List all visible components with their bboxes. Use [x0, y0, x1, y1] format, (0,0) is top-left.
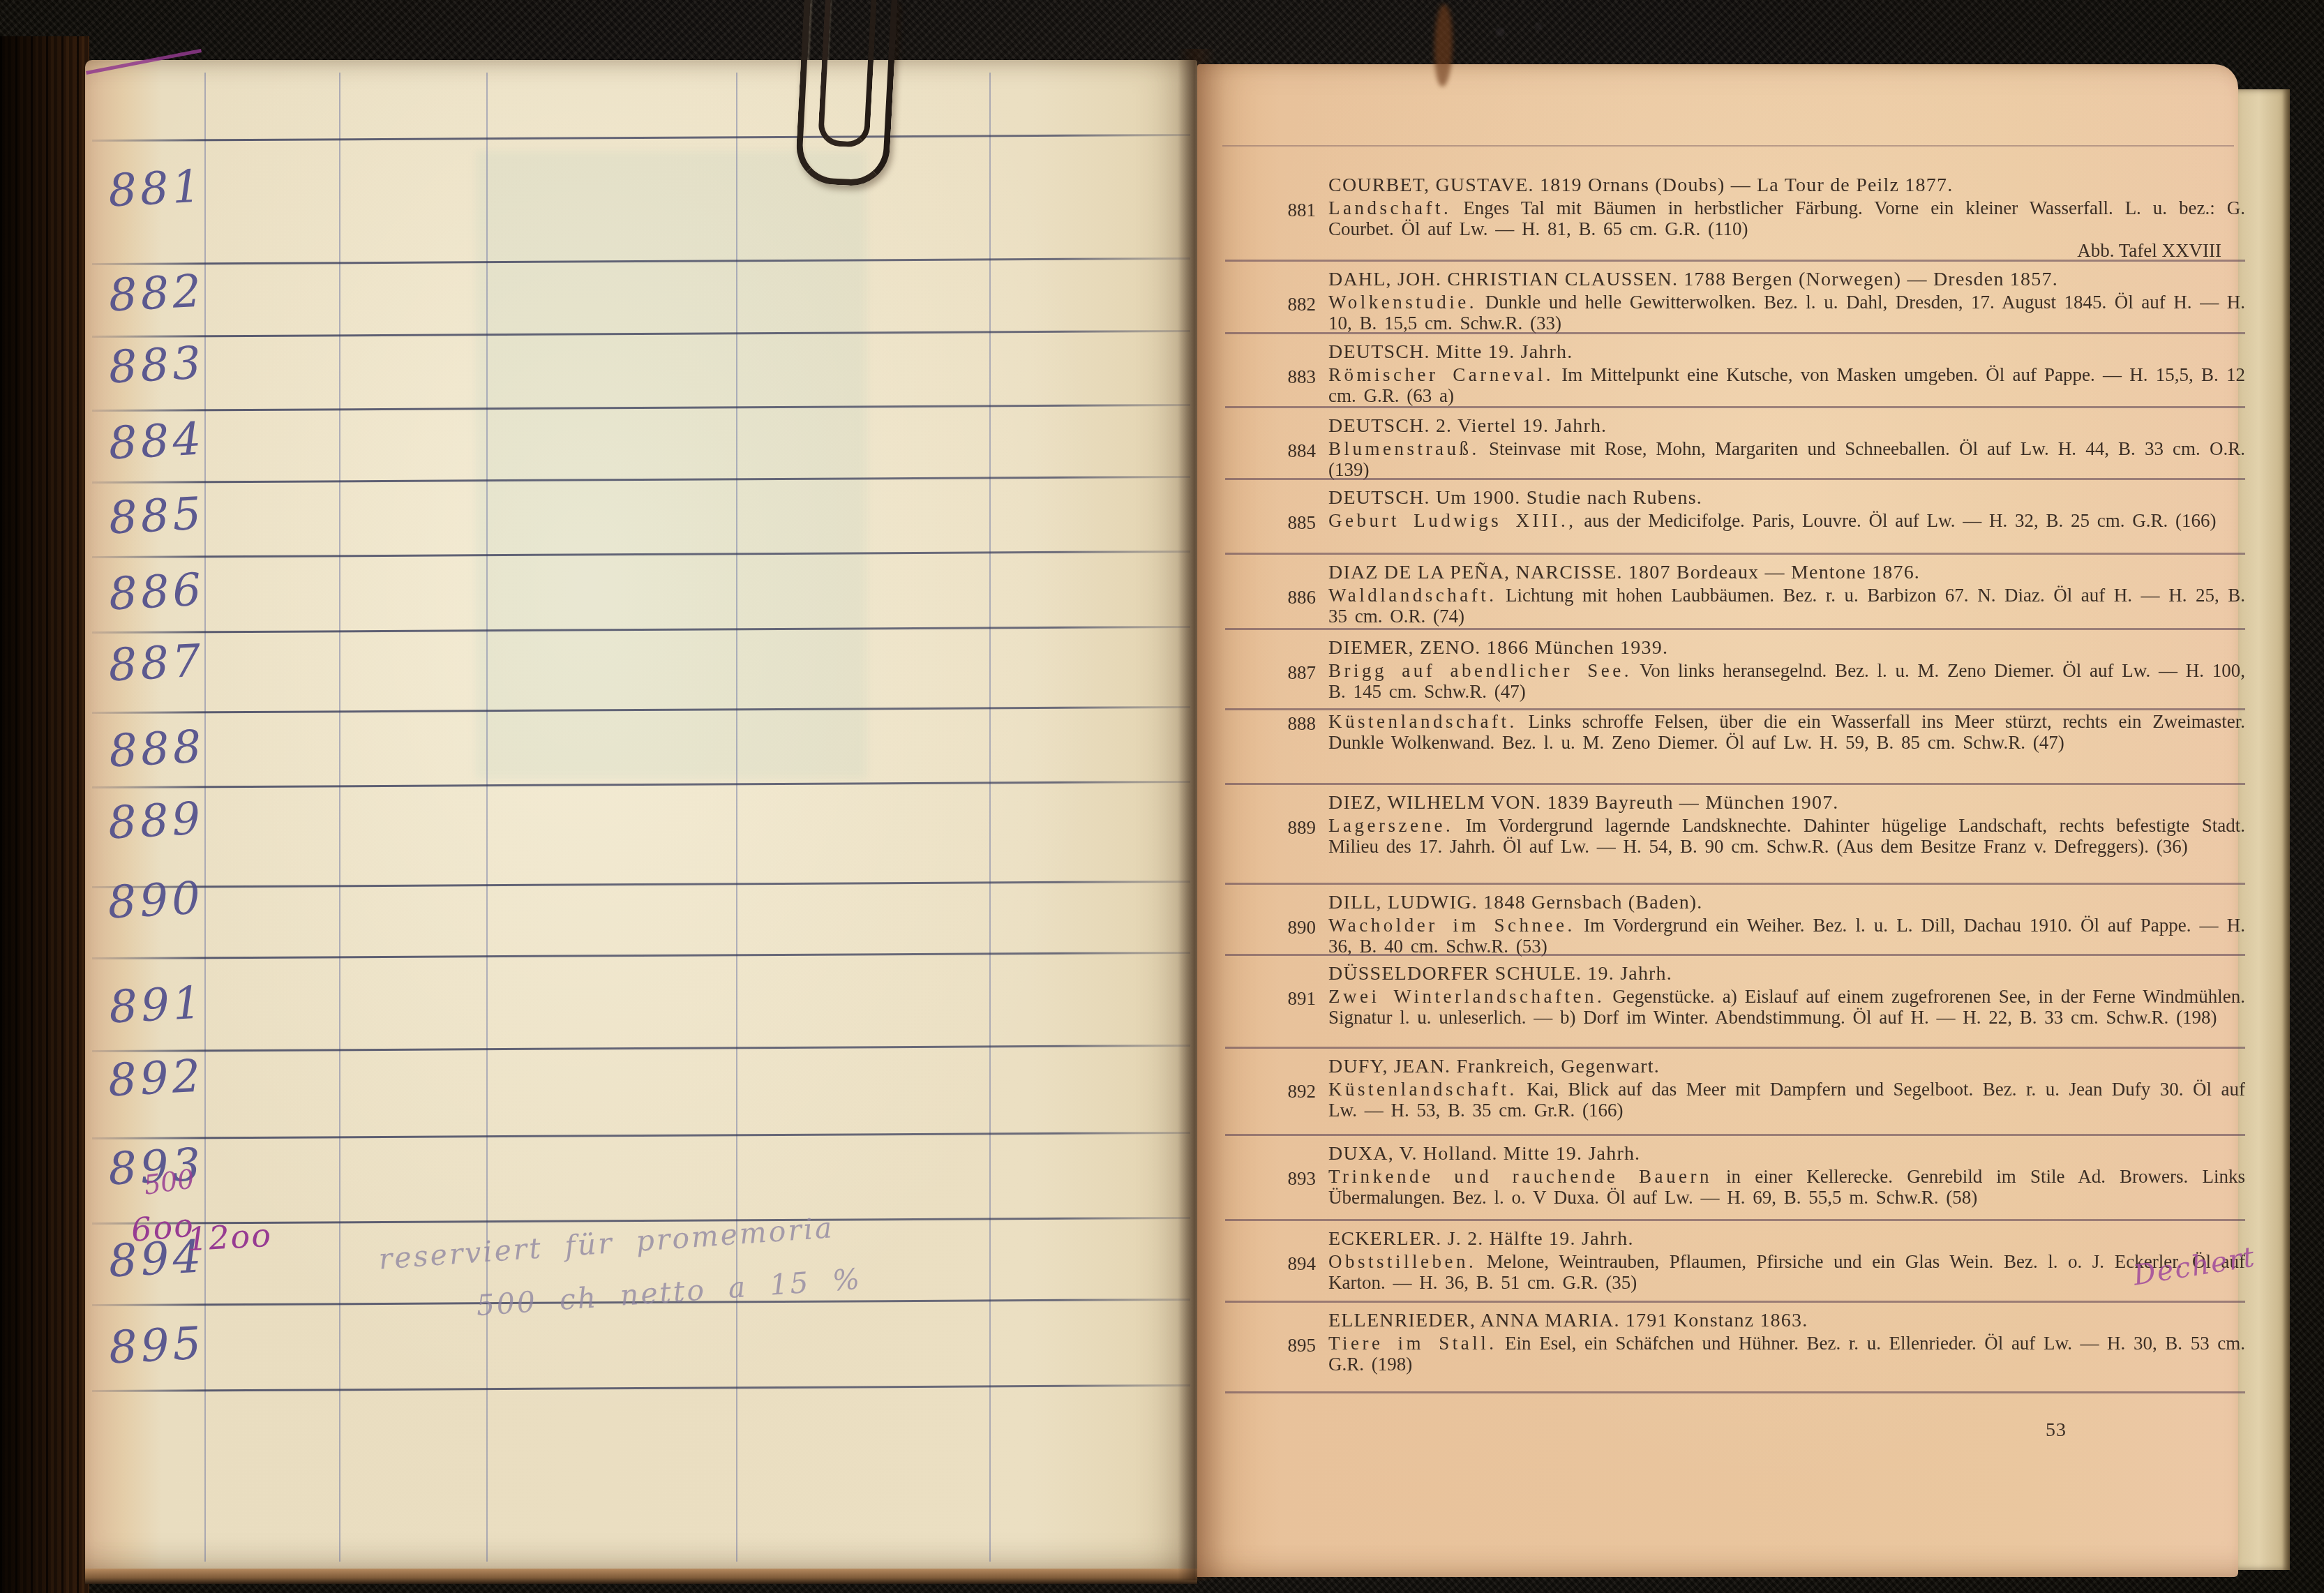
ledger-page: 881 882 883 884 885 886 [85, 60, 1197, 1571]
handwritten-lot-number: 882 [107, 265, 206, 322]
entry-text: Waldlandschaft. Lichtung mit hohen Laubb… [1328, 585, 2245, 627]
ledger-row: 891 [85, 955, 1197, 1047]
artist-heading: DILL, LUDWIG. 1848 Gernsbach (Baden). [1328, 892, 2245, 914]
catalog-entry-block: DEUTSCH. 2. Viertel 19. Jahrh. 884 Blume… [1225, 406, 2245, 480]
entry-title: Obststilleben. [1328, 1251, 1476, 1272]
catalog-number: 883 [1225, 365, 1316, 406]
catalog-entry-block: DEUTSCH. Mitte 19. Jahrh. 883 Römischer … [1225, 332, 2245, 406]
handwritten-lot-number: 883 [107, 337, 206, 394]
ledger-row: 885 [85, 479, 1197, 553]
entry-title: Trinkende und rauchende Bauern [1328, 1166, 1712, 1187]
catalog-number: 892 [1225, 1079, 1316, 1121]
artist-heading: DIAZ DE LA PEÑA, NARCISSE. 1807 Bordeaux… [1328, 562, 2245, 584]
entry-text: Zwei Winterlandschaften. Gegenstücke. a)… [1328, 987, 2245, 1028]
entry-text: Lagerszene. Im Vordergrund lagernde Land… [1328, 816, 2245, 857]
catalog-number: 888 [1225, 712, 1316, 753]
catalog-entry-block: DIEMER, ZENO. 1866 München 1939. 887 Bri… [1225, 628, 2245, 702]
catalog-entry: 895 Tiere im Stall. Ein Esel, ein Schäfc… [1225, 1333, 2245, 1375]
page-number: 53 [2046, 1419, 2067, 1442]
catalog-entry: 890 Wacholder im Schnee. Im Vordergrund … [1225, 915, 2245, 957]
handwritten-lot-number: 881 [107, 160, 205, 217]
catalog-entry: 884 Blumenstrauß. Steinvase mit Rose, Mo… [1225, 439, 2245, 480]
entry-title: Tiere im Stall. [1328, 1333, 1497, 1354]
entry-title: Waldlandschaft. [1328, 585, 1497, 606]
artist-heading: DÜSSELDORFER SCHULE. 19. Jahrh. [1328, 963, 2245, 985]
entry-title: Küstenlandschaft. [1328, 1079, 1517, 1100]
catalog-entry: 886 Waldlandschaft. Lichtung mit hohen L… [1225, 585, 2245, 627]
catalog-number: 889 [1225, 816, 1316, 857]
catalog-entry: 893 Trinkende und rauchende Bauern in ei… [1225, 1167, 2245, 1208]
artist-heading: DEUTSCH. Mitte 19. Jahrh. [1328, 341, 2245, 364]
handwritten-lot-number: 895 [107, 1317, 206, 1374]
catalog-number: 886 [1225, 585, 1316, 627]
entry-description: Enges Tal mit Bäumen in herbstlicher Fär… [1328, 197, 2245, 239]
ledger-row: 883 [85, 333, 1197, 407]
catalog-entry-block: DIAZ DE LA PEÑA, NARCISSE. 1807 Bordeaux… [1225, 553, 2245, 627]
catalog-entry: 888 Küstenlandschaft. Links schroffe Fel… [1225, 712, 2245, 753]
ledger-row: 890 [85, 883, 1197, 955]
catalog-entry: 887 Brigg auf abendlicher See. Von links… [1225, 661, 2245, 702]
entry-title: Wacholder im Schnee. [1328, 915, 1575, 936]
handwritten-lot-number: 892 [107, 1050, 205, 1107]
entry-text: Tiere im Stall. Ein Esel, ein Schäfchen … [1328, 1333, 2245, 1375]
catalog-number: 893 [1225, 1167, 1316, 1208]
entry-text: Blumenstrauß. Steinvase mit Rose, Mohn, … [1328, 439, 2245, 480]
ledger-row: 893 [85, 1135, 1197, 1220]
artist-heading: ELLENRIEDER, ANNA MARIA. 1791 Konstanz 1… [1328, 1310, 2245, 1332]
ledger-row: 882 [85, 260, 1197, 333]
handwritten-lot-number: 888 [107, 721, 206, 777]
entry-description: Im Vordergrund lagernde Landsknechte. Da… [1328, 815, 2245, 857]
handwritten-lot-number: 886 [107, 564, 206, 620]
entry-text: Römischer Carneval. Im Mittelpunkt eine … [1328, 365, 2245, 406]
catalog-number: 891 [1225, 987, 1316, 1028]
ledger-row: 887 [85, 629, 1197, 709]
catalog-entry-block: DUXA, V. Holland. Mitte 19. Jahrh. 893 T… [1225, 1134, 2245, 1208]
handwritten-lot-number: 891 [107, 977, 206, 1033]
catalog-entry-block: 888 Küstenlandschaft. Links schroffe Fel… [1225, 708, 2245, 753]
artist-heading: DUXA, V. Holland. Mitte 19. Jahrh. [1328, 1143, 2245, 1165]
catalog-number: 884 [1225, 439, 1316, 480]
handwritten-lot-number: 889 [107, 793, 205, 849]
entry-title: Lagerszene. [1328, 815, 1453, 836]
catalog-entry: 891 Zwei Winterlandschaften. Gegenstücke… [1225, 987, 2245, 1028]
ink-smudge [1485, 18, 1561, 46]
entry-text: Obststilleben. Melone, Weintrauben, Pfla… [1328, 1252, 2245, 1293]
ledger-row: 881 [85, 137, 1197, 260]
catalog-number: 885 [1225, 511, 1316, 534]
catalog-page: COURBET, GUSTAVE. 1819 Ornans (Doubs) — … [1197, 64, 2238, 1577]
catalog-number: 890 [1225, 915, 1316, 957]
entry-title: Römischer Carneval. [1328, 364, 1554, 385]
artist-heading: DIEZ, WILHELM VON. 1839 Bayreuth — Münch… [1328, 792, 2245, 814]
entry-title: Wolkenstudie. [1328, 292, 1477, 313]
plate-reference: Abb. Tafel XXVIII [1225, 240, 2221, 262]
right-fore-edge [2238, 89, 2290, 1570]
entry-title: Blumenstrauß. [1328, 438, 1480, 459]
ledger-row: 888 [85, 709, 1197, 784]
annotation-amount-second: 12oo [186, 1216, 273, 1258]
catalog-number: 882 [1225, 292, 1316, 334]
catalog-entry-block: DIEZ, WILHELM VON. 1839 Bayreuth — Münch… [1225, 783, 2245, 857]
strike-through-mark [86, 49, 202, 75]
catalog-number: 894 [1225, 1252, 1316, 1293]
catalog-entry: 883 Römischer Carneval. Im Mittelpunkt e… [1225, 365, 2245, 406]
catalog-entry: 885 Geburt Ludwigs XIII., aus der Medici… [1225, 511, 2245, 534]
entry-title: Brigg auf abendlicher See. [1328, 660, 1632, 681]
entry-text: Wacholder im Schnee. Im Vordergrund ein … [1328, 915, 2245, 957]
artist-heading: DEUTSCH. 2. Viertel 19. Jahrh. [1328, 415, 2245, 437]
catalog-entry-block: DEUTSCH. Um 1900. Studie nach Rubens. 88… [1225, 478, 2245, 534]
catalog-entry-block: DÜSSELDORFER SCHULE. 19. Jahrh. 891 Zwei… [1225, 954, 2245, 1028]
catalog-entry: 882 Wolkenstudie. Dunkle und helle Gewit… [1225, 292, 2245, 334]
artist-heading: DEUTSCH. Um 1900. Studie nach Rubens. [1328, 487, 2245, 509]
artist-heading: DAHL, JOH. CHRISTIAN CLAUSSEN. 1788 Berg… [1328, 269, 2245, 291]
ledger-row: 889 [85, 784, 1197, 883]
catalog-entry-block: COURBET, GUSTAVE. 1819 Ornans (Doubs) — … [1225, 167, 2245, 262]
entry-title: Geburt Ludwigs XIII., [1328, 510, 1576, 531]
handwritten-lot-number: 887 [107, 635, 206, 691]
entry-text: Landschaft. Enges Tal mit Bäumen in herb… [1328, 198, 2245, 239]
paperclip [795, 0, 885, 181]
catalog-number: 881 [1225, 198, 1316, 239]
catalog-entry: 894 Obststilleben. Melone, Weintrauben, … [1225, 1252, 2245, 1293]
entry-title: Zwei Winterlandschaften. [1328, 986, 1605, 1007]
left-page-bottom-edge [85, 1569, 1197, 1584]
entry-title: Küstenlandschaft. [1328, 711, 1517, 732]
entry-text: Küstenlandschaft. Links schroffe Felsen,… [1328, 712, 2245, 753]
top-rule [1222, 145, 2234, 147]
catalog-number: 895 [1225, 1333, 1316, 1375]
entry-text: Wolkenstudie. Dunkle und helle Gewitterw… [1328, 292, 2245, 334]
ledger-row: 895 [85, 1301, 1197, 1387]
catalog-entry-block: DILL, LUDWIG. 1848 Gernsbach (Baden). 89… [1225, 883, 2245, 957]
paperclip-inner-wire [818, 0, 878, 148]
ledger-row: 884 [85, 407, 1197, 479]
catalog-entry: 892 Küstenlandschaft. Kai, Blick auf das… [1225, 1079, 2245, 1121]
catalog-entry-block: ECKERLER. J. 2. Hälfte 19. Jahrh. 894 Ob… [1225, 1219, 2245, 1293]
artist-heading: DUFY, JEAN. Frankreich, Gegenwart. [1328, 1056, 2245, 1078]
ledger-row: 892 [85, 1047, 1197, 1135]
handwritten-lot-number: 890 [107, 872, 205, 929]
separator-rule [1225, 1391, 2245, 1393]
catalog-entry: 881 Landschaft. Enges Tal mit Bäumen in … [1225, 198, 2245, 239]
book-photo: 881 882 883 884 885 886 [0, 0, 2324, 1593]
artist-heading: ECKERLER. J. 2. Hälfte 19. Jahrh. [1328, 1228, 2245, 1250]
catalog-entry-block: DUFY, JEAN. Frankreich, Gegenwart. 892 K… [1225, 1047, 2245, 1121]
entry-description: aus der Medicifolge. Paris, Louvre. Öl a… [1584, 510, 2216, 531]
ledger-row: 886 [85, 553, 1197, 629]
handwritten-lot-number: 885 [107, 488, 206, 544]
catalog-entry-block: ELLENRIEDER, ANNA MARIA. 1791 Konstanz 1… [1225, 1301, 2245, 1375]
artist-heading: DIEMER, ZENO. 1866 München 1939. [1328, 637, 2245, 659]
artist-heading: COURBET, GUSTAVE. 1819 Ornans (Doubs) — … [1328, 174, 2245, 197]
entry-title: Landschaft. [1328, 197, 1451, 218]
entry-text: Küstenlandschaft. Kai, Blick auf das Mee… [1328, 1079, 2245, 1121]
catalog-entry: 889 Lagerszene. Im Vordergrund lagernde … [1225, 816, 2245, 857]
entry-text: Brigg auf abendlicher See. Von links her… [1328, 661, 2245, 702]
entry-text: Geburt Ludwigs XIII., aus der Medicifolg… [1328, 511, 2245, 534]
catalog-number: 887 [1225, 661, 1316, 702]
handwritten-lot-number: 884 [107, 413, 206, 470]
left-page-stack-edge [0, 36, 89, 1593]
catalog-entry-block: DAHL, JOH. CHRISTIAN CLAUSSEN. 1788 Berg… [1225, 260, 2245, 334]
entry-text: Trinkende und rauchende Bauern in einer … [1328, 1167, 2245, 1208]
